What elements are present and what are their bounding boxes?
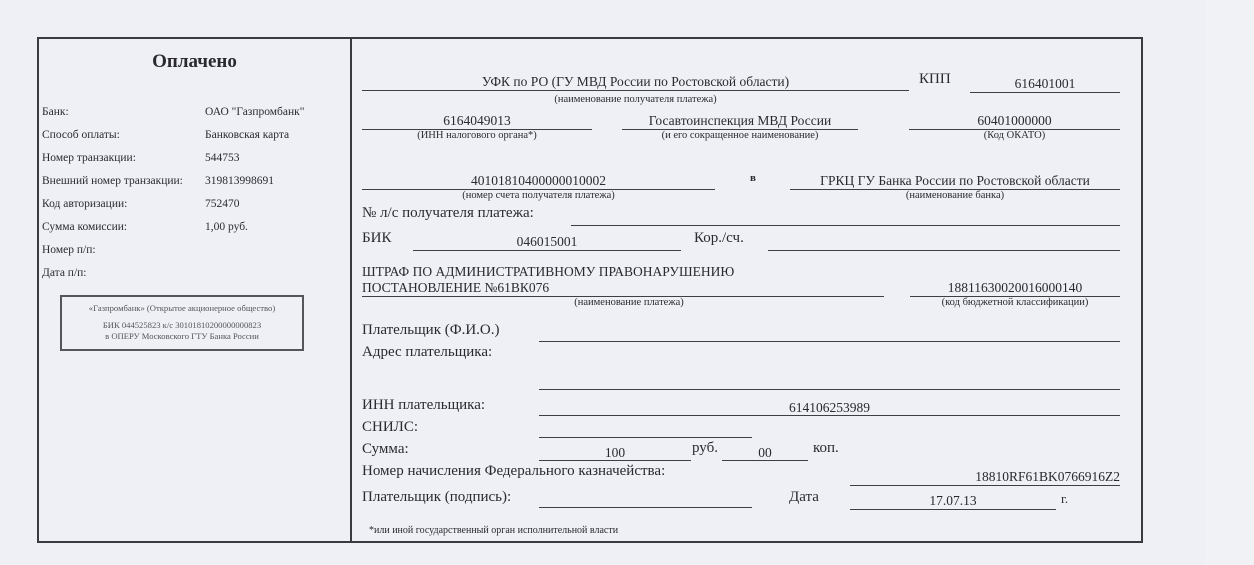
tax-inn-caption: (ИНН налогового органа*): [362, 130, 592, 141]
info-label-auth-code: Код авторизации:: [42, 198, 127, 210]
sum-label: Сумма:: [362, 441, 409, 458]
payment-name-line1: ШТРАФ ПО АДМИНИСТРАТИВНОМУ ПРАВОНАРУШЕНИ…: [362, 264, 734, 280]
okato-caption: (Код ОКАТО): [909, 130, 1120, 141]
scan-margin: [1205, 0, 1254, 565]
signature-line[interactable]: [539, 507, 752, 508]
paid-title: Оплачено: [39, 51, 350, 73]
payer-name-line: [539, 341, 1120, 342]
payer-address-line: [539, 389, 1120, 390]
stamp-bank-name: «Газпромбанк» (Открытое акционерное обще…: [62, 303, 302, 314]
info-label-order-date: Дата п/п:: [42, 267, 87, 279]
kpp-value: 616401001: [970, 76, 1120, 92]
recipient-name-line: [362, 90, 909, 91]
kpp-line: [970, 92, 1120, 93]
bik-value: 046015001: [413, 234, 681, 250]
info-value-bank: ОАО "Газпромбанк": [205, 106, 304, 118]
kpp-label: КПП: [919, 71, 951, 88]
sum-kop-value: 00: [722, 445, 808, 461]
snils-line: [539, 437, 752, 438]
stamp-bik: БИК 044525823 к/с 30101810200000000823: [62, 320, 302, 331]
info-value-commission: 1,00 руб.: [205, 221, 248, 233]
info-label-order-number: Номер п/п:: [42, 244, 96, 256]
payer-inn-label: ИНН плательщика:: [362, 397, 485, 414]
payment-receipt: Оплачено Банк: ОАО "Газпромбанк" Способ …: [37, 37, 1143, 543]
in-label: в: [750, 172, 756, 184]
info-value-external-transaction: 319813998691: [205, 175, 274, 187]
treasury-number: 18810RF61BK0766916Z2: [850, 469, 1120, 485]
tax-short-name-caption: (и его сокращенное наименование): [622, 130, 858, 141]
tax-short-name: Госавтоинспекция МВД России: [622, 113, 858, 129]
kbk-value: 18811630020016000140: [910, 280, 1120, 296]
info-value-transaction: 544753: [205, 152, 240, 164]
bank-name-caption: (наименование банка): [790, 190, 1120, 201]
bank-name: ГРКЦ ГУ Банка России по Ростовской облас…: [790, 173, 1120, 189]
info-label-commission: Сумма комиссии:: [42, 221, 127, 233]
date-label: Дата: [789, 489, 819, 506]
info-label-external-transaction: Внешний номер транзакции:: [42, 175, 183, 187]
footnote: *или иной государственный орган исполнит…: [369, 525, 618, 536]
info-label-method: Способ оплаты:: [42, 129, 120, 141]
payment-name-line2: ПОСТАНОВЛЕНИЕ №61ВК076: [362, 280, 549, 296]
tax-inn-value: 6164049013: [362, 113, 592, 129]
payer-inn-value: 614106253989: [539, 400, 1120, 416]
sum-rub-value: 100: [539, 445, 691, 461]
kop-label: коп.: [813, 440, 839, 457]
panel-divider: [350, 39, 352, 541]
bank-stamp: «Газпромбанк» (Открытое акционерное обще…: [60, 295, 304, 351]
stamp-branch: в ОПЕРУ Московского ГТУ Банка России: [62, 331, 302, 342]
snils-label: СНИЛС:: [362, 419, 418, 436]
bik-line: [413, 250, 681, 251]
info-label-bank: Банк:: [42, 106, 69, 118]
info-label-transaction: Номер транзакции:: [42, 152, 136, 164]
treasury-label: Номер начисления Федерального казначейст…: [362, 463, 665, 480]
payer-address-label: Адрес плательщика:: [362, 344, 492, 361]
bik-label: БИК: [362, 230, 391, 247]
okato-value: 60401000000: [909, 113, 1120, 129]
corr-account-label: Кор./сч.: [694, 230, 744, 247]
treasury-line: [850, 485, 1120, 486]
sum-kop-line: [722, 460, 808, 461]
payment-name-caption: (наименование платежа): [479, 297, 779, 308]
date-value: 17.07.13: [850, 493, 1056, 509]
recipient-name: УФК по РО (ГУ МВД России по Ростовской о…: [362, 74, 909, 90]
info-value-auth-code: 752470: [205, 198, 240, 210]
info-value-method: Банковская карта: [205, 129, 289, 141]
recipient-name-caption: (наименование получателя платежа): [362, 94, 909, 105]
year-suffix: г.: [1061, 491, 1068, 507]
payer-name-label: Плательщик (Ф.И.О.): [362, 322, 500, 339]
personal-account-label: № л/с получателя платежа:: [362, 205, 534, 222]
rub-label: руб.: [692, 440, 718, 457]
corr-account-line: [768, 250, 1120, 251]
personal-account-line: [571, 225, 1120, 226]
kbk-caption: (код бюджетной классификации): [910, 297, 1120, 308]
date-line: [850, 509, 1056, 510]
sum-rub-line: [539, 460, 691, 461]
account-number: 40101810400000010002: [362, 173, 715, 189]
account-caption: (номер счета получателя платежа): [362, 190, 715, 201]
signature-label: Плательщик (подпись):: [362, 489, 511, 506]
payer-inn-line: [539, 415, 1120, 416]
